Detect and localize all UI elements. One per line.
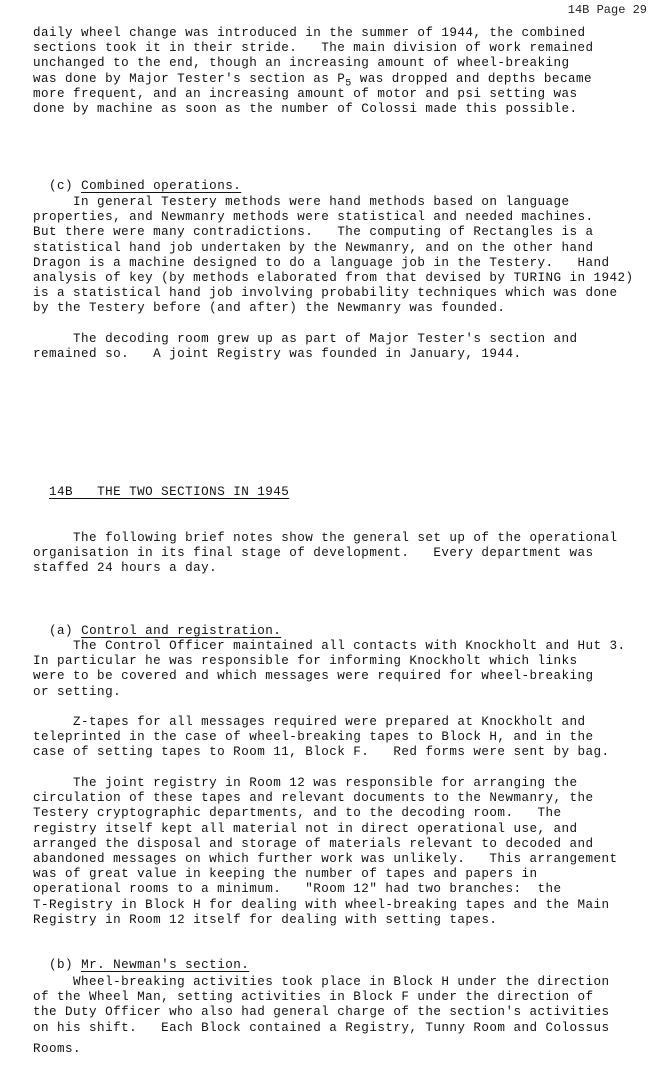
text-line-with-subscript: was done by Major Tester's section as P5… — [33, 72, 633, 87]
text-line: T-Registry in Block H for dealing with w… — [33, 898, 633, 913]
text-line: In general Testery methods were hand met… — [33, 195, 633, 210]
text-fragment: was dropped and depths became — [352, 72, 592, 86]
text-line: more frequent, and an increasing amount … — [33, 87, 633, 102]
text-line: staffed 24 hours a day. — [33, 561, 633, 576]
chapter-number: 14B — [49, 485, 73, 499]
chapter-heading: 14B THE TWO SECTIONS IN 1945 — [33, 470, 633, 500]
text-line: remained so. A joint Registry was founde… — [33, 347, 633, 362]
chapter-title: THE TWO SECTIONS IN 1945 — [97, 485, 289, 499]
intro-paragraph: daily wheel change was introduced in the… — [33, 26, 633, 117]
text-fragment: was done by Major Tester's section as P — [33, 72, 345, 86]
text-line: on his shift. Each Block contained a Reg… — [33, 1021, 633, 1036]
section-c-paragraph-2: The decoding room grew up as part of Maj… — [33, 332, 633, 362]
text-line: operational rooms to a minimum. "Room 12… — [33, 882, 633, 897]
section-label: (c) — [49, 179, 73, 193]
text-line: or setting. — [33, 685, 633, 700]
text-line: The Control Officer maintained all conta… — [33, 639, 633, 654]
text-line: Rooms. — [33, 1042, 633, 1057]
text-line: was of great value in keeping the number… — [33, 867, 633, 882]
text-line: The following brief notes show the gener… — [33, 531, 633, 546]
section-title: Control and registration. — [81, 624, 281, 638]
text-line: were to be covered and which messages we… — [33, 669, 633, 684]
text-line: statistical hand job undertaken by the N… — [33, 241, 633, 256]
text-line: by the Testery before (and after) the Ne… — [33, 301, 633, 316]
section-title: Mr. Newman's section. — [81, 958, 249, 972]
text-line: of the Wheel Man, setting activities in … — [33, 990, 633, 1005]
section-a-paragraph-1: The Control Officer maintained all conta… — [33, 639, 633, 700]
text-line: circulation of these tapes and relevant … — [33, 791, 633, 806]
section-c-heading: (c) Combined operations. — [33, 164, 633, 194]
text-line: unchanged to the end, though an increasi… — [33, 56, 633, 71]
text-line: organisation in its final stage of devel… — [33, 546, 633, 561]
section-a-paragraph-2: Z-tapes for all messages required were p… — [33, 715, 633, 761]
text-line: sections took it in their stride. The ma… — [33, 41, 633, 56]
text-line: properties, and Newmanry methods were st… — [33, 210, 633, 225]
section-label: (a) — [49, 624, 73, 638]
chapter-intro-paragraph: The following brief notes show the gener… — [33, 531, 633, 577]
section-title: Combined operations. — [81, 179, 241, 193]
text-line: The joint registry in Room 12 was respon… — [33, 776, 633, 791]
text-line: Dragon is a machine designed to do a lan… — [33, 256, 633, 271]
section-b-paragraph-1: Wheel-breaking activities took place in … — [33, 975, 633, 1057]
text-line: done by machine as soon as the number of… — [33, 102, 633, 117]
text-line: The decoding room grew up as part of Maj… — [33, 332, 633, 347]
text-line: Z-tapes for all messages required were p… — [33, 715, 633, 730]
section-a-paragraph-3: The joint registry in Room 12 was respon… — [33, 776, 633, 928]
text-line: analysis of key (by methods elaborated f… — [33, 271, 633, 286]
text-line: case of setting tapes to Room 11, Block … — [33, 745, 633, 760]
text-line: In particular he was responsible for inf… — [33, 654, 633, 669]
text-line: registry itself kept all material not in… — [33, 822, 633, 837]
text-line: But there were many contradictions. The … — [33, 225, 633, 240]
text-line: is a statistical hand job involving prob… — [33, 286, 633, 301]
text-line: the Duty Officer who also had general ch… — [33, 1005, 633, 1020]
text-line: teleprinted in the case of wheel-breakin… — [33, 730, 633, 745]
section-label: (b) — [49, 958, 73, 972]
text-line: Registry in Room 12 itself for dealing w… — [33, 913, 633, 928]
section-a-heading: (a) Control and registration. — [33, 609, 633, 639]
text-line: daily wheel change was introduced in the… — [33, 26, 633, 41]
section-b-heading: (b) Mr. Newman's section. — [33, 943, 633, 973]
text-line: Wheel-breaking activities took place in … — [33, 975, 633, 990]
text-line: Testery cryptographic departments, and t… — [33, 806, 633, 821]
text-line: arranged the disposal and storage of mat… — [33, 837, 633, 852]
page-header: 14B Page 29 — [568, 3, 647, 17]
text-line: abandoned messages on which further work… — [33, 852, 633, 867]
section-c-paragraph-1: In general Testery methods were hand met… — [33, 195, 633, 317]
